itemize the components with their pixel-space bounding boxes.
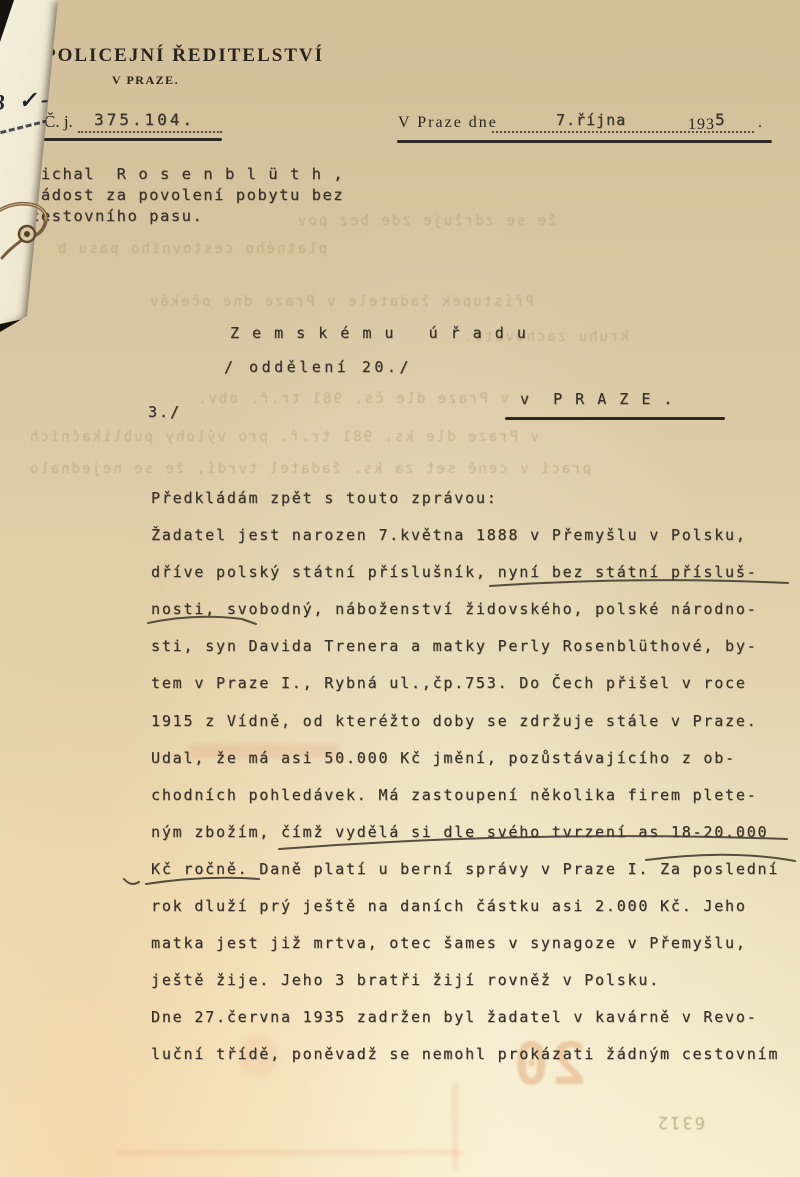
body-line-16: luční třídě, poněvadž se nemohl prokázat… [151, 1045, 799, 1082]
bleedthrough-smudge [118, 1150, 463, 1155]
reference-underline [40, 138, 222, 141]
recipient-city-underline [505, 417, 725, 420]
body-line-14: ještě žije. Jeho 3 bratři žijí rovněž v … [151, 971, 799, 1008]
dateline-date: 7.října [556, 111, 626, 129]
body-line-7: 1915 z Vídně, od kteréžto doby se zdržuj… [151, 712, 799, 749]
bleedthrough-text: prací v ceně set za ks. žadatel tvrdí, ž… [28, 461, 591, 477]
letterhead-org: POLICEJNÍ ŘEDITELSTVÍ [44, 45, 324, 67]
item-number: 3./ [148, 403, 181, 421]
reference-number: 375.104. [94, 110, 195, 129]
body-line-5: sti, syn Davida Trenera a matky Perly Ro… [151, 637, 799, 674]
body-line-1: Předkládám zpět s touto zprávou: [151, 489, 799, 526]
body-line-6: tem v Praze I., Rybná ul.,čp.753. Do Čec… [151, 674, 799, 711]
report-body: Předkládám zpět s touto zprávou:Žadatel … [151, 489, 799, 1083]
body-line-9: chodních pohledávek. Má zastoupení někol… [151, 786, 799, 823]
binding-thread [0, 196, 110, 316]
body-line-15: Dne 27.června 1935 zadržen byl žadatel v… [151, 1008, 799, 1045]
recipient-city: v P R A Z E . [520, 390, 674, 408]
dateline-underline [397, 140, 772, 143]
dateline-prefix: V Praze dne [398, 114, 498, 132]
bleedthrough-smudge [452, 1082, 458, 1170]
recipient-addressee: Z e m s k é m u ú ř a d u [230, 324, 528, 342]
dateline-period: . [758, 114, 762, 132]
body-line-13: matka jest již mrtva, otec šames v synag… [151, 934, 799, 971]
document-page: že se zdržuje zde bez pov platného cesto… [0, 0, 800, 1177]
recipient-department: / oddělení 20./ [224, 358, 412, 376]
body-line-10: ným zbožím, čímž vydělá si dle svého tvr… [151, 823, 799, 860]
document-page-wrap: že se zdržuje zde bez pov platného cesto… [0, 0, 800, 1177]
body-line-4: nosti, svobodný, náboženství židovského,… [151, 600, 799, 637]
body-line-8: Udal, že má asi 50.000 Kč jmění, pozůstá… [151, 749, 799, 786]
bleedthrough-text: v Praze dle ks. 981 tr.ř. pro výlohy pub… [28, 429, 539, 445]
eyelet-hole [24, 231, 30, 237]
body-line-2: Žadatel jest narozen 7.května 1888 v Pře… [151, 526, 799, 563]
dateline-year-typed-digit: 5 [715, 110, 726, 129]
dateline-year: 1935 [688, 114, 726, 134]
bleedthrough-text: v Praze dle čs. 981 tr.ř. obv. [196, 391, 509, 407]
subject-name: Michal R o s e n b l ü t h , [30, 164, 344, 185]
reference-label: Č. j. [44, 112, 73, 132]
bleedthrough-text: Přístupek žadatele v Praze dne očekáv [148, 294, 534, 310]
hand-tick-mark [124, 879, 139, 884]
letterhead-place: V PRAZE. [112, 73, 179, 88]
body-line-3: dříve polský státní příslušník, nyní bez… [151, 563, 799, 600]
reference-dotted-line [78, 131, 222, 133]
body-line-12: rok dluží prý ještě na daních částku asi… [151, 897, 799, 934]
bleedthrough-number: 6312 [656, 1112, 705, 1132]
body-line-11: Kč ročně. Daně platí u berní správy v Pr… [151, 860, 799, 897]
